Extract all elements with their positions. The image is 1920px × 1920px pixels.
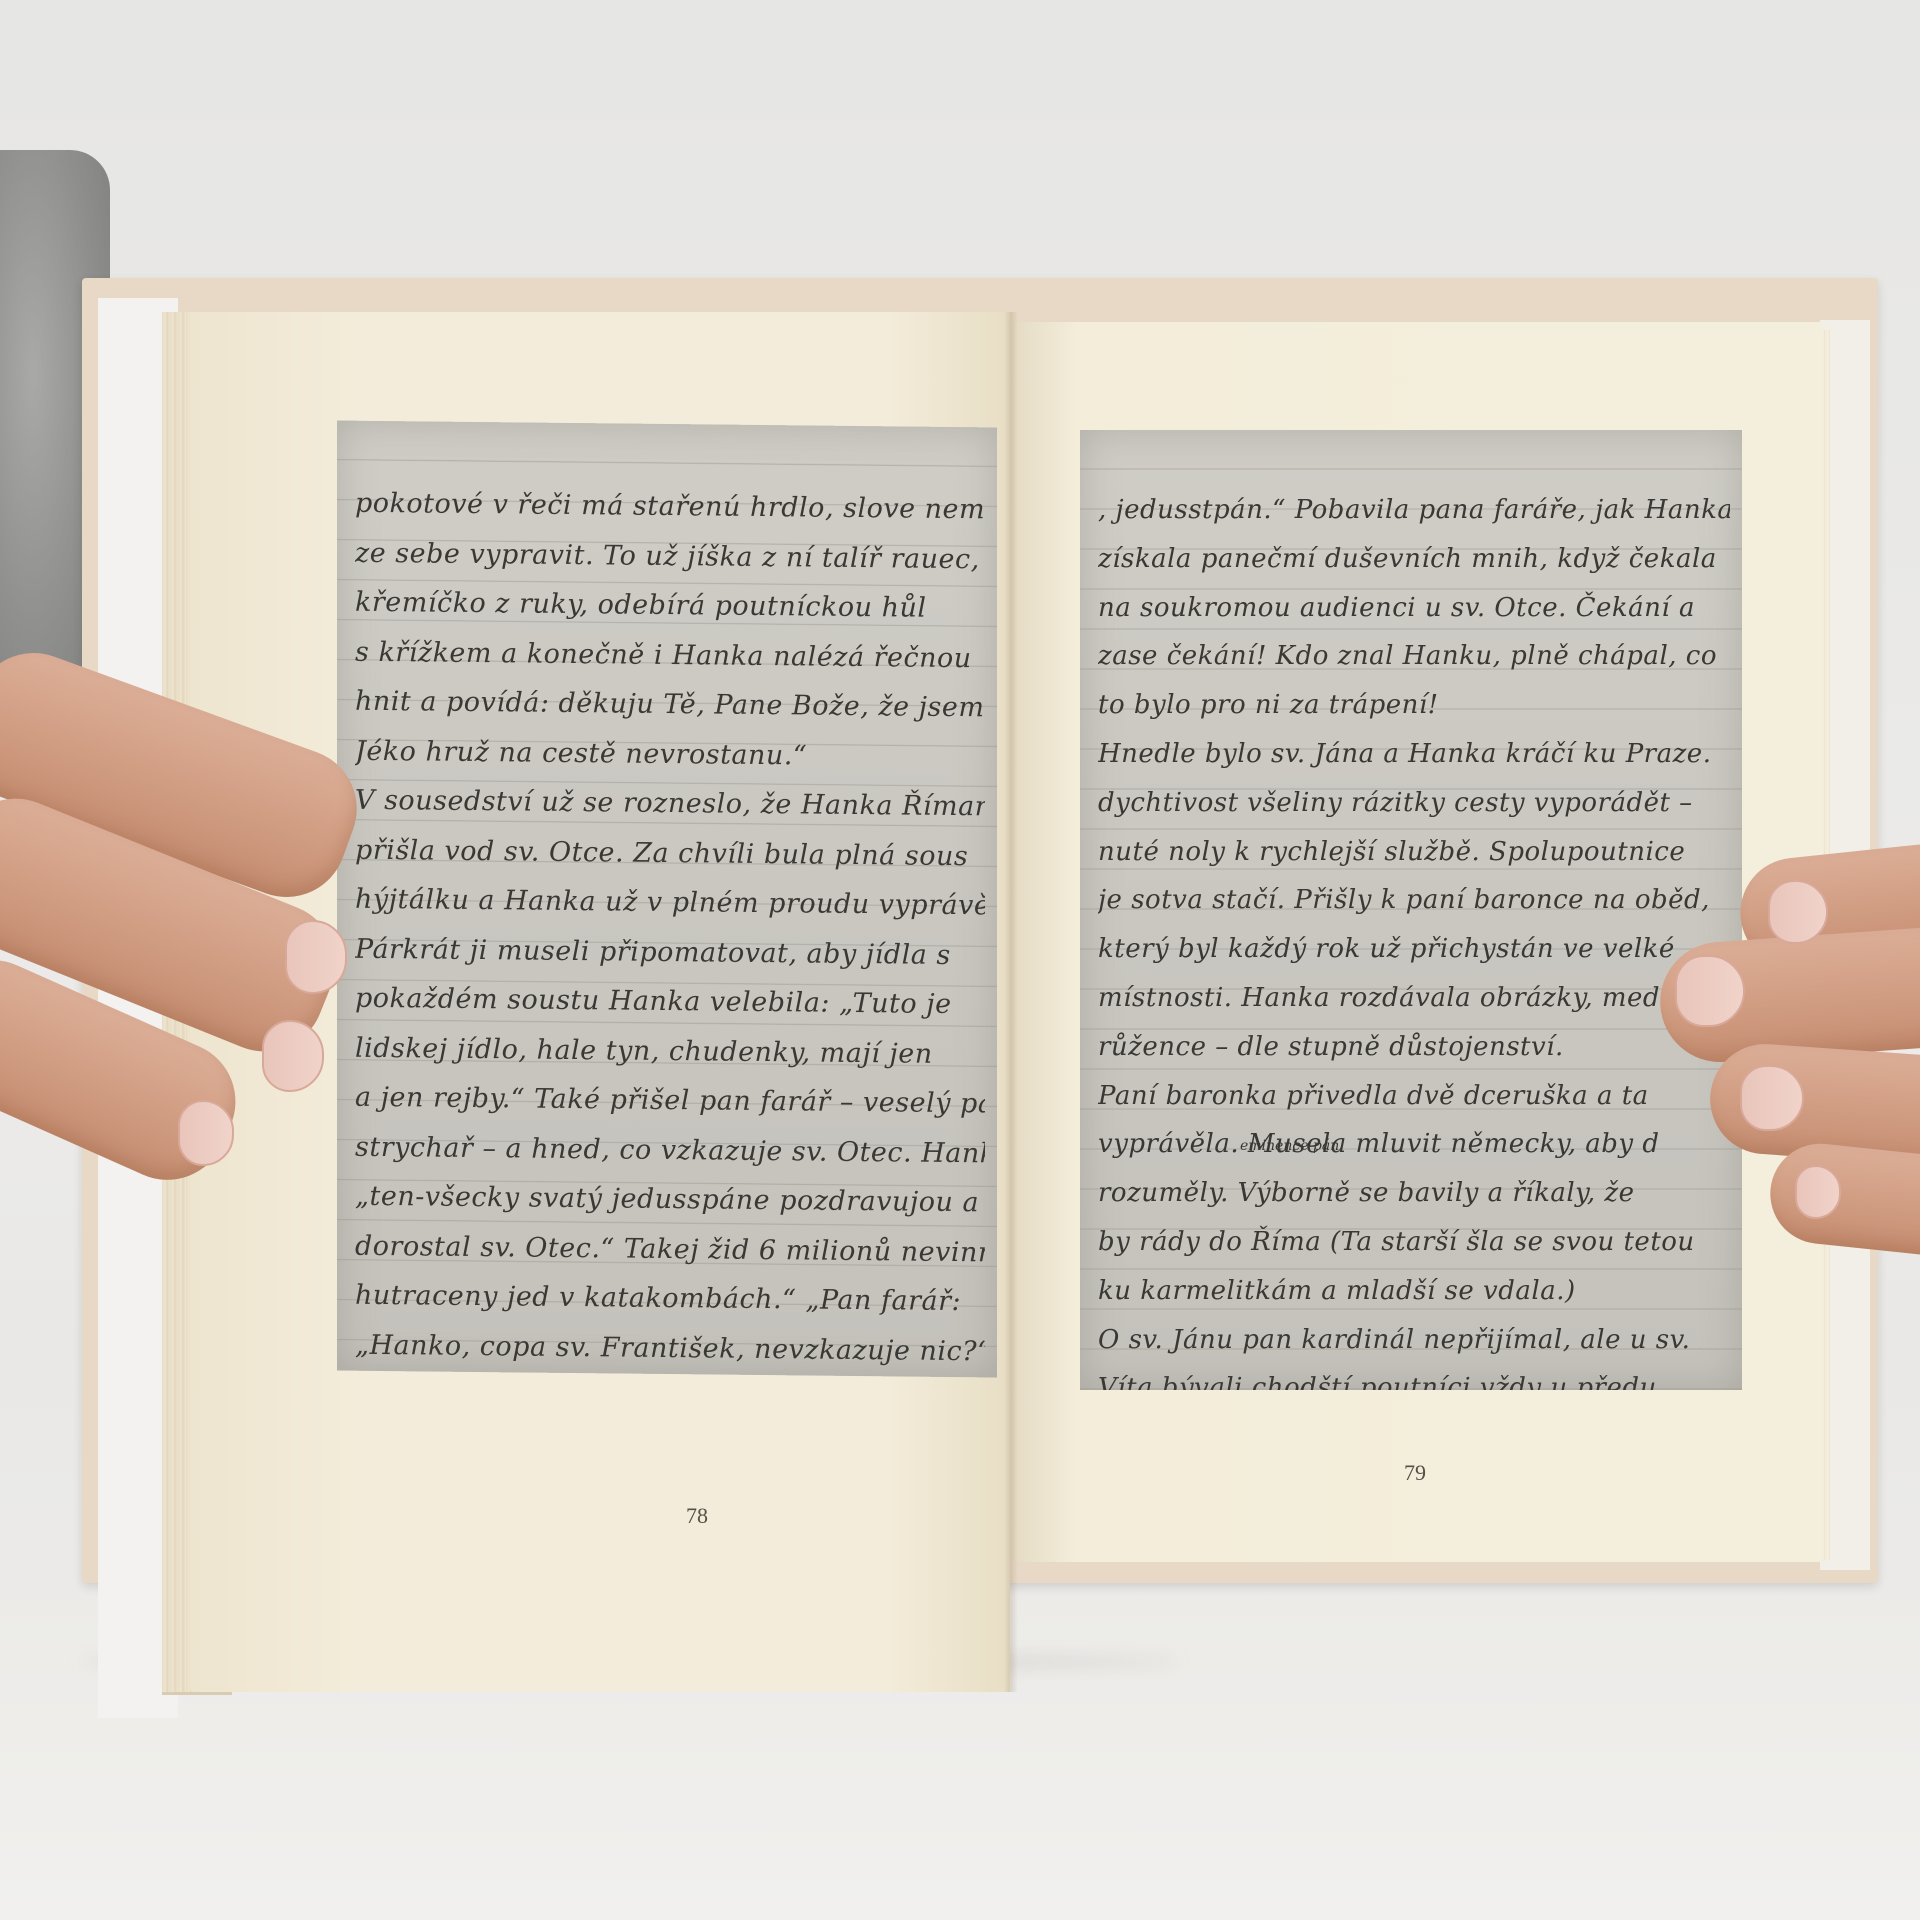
handwriting-line: a jen rejby.“ Také přišel pan farář – ve… xyxy=(355,1073,985,1129)
fingernail xyxy=(178,1100,234,1166)
handwriting-line: s křížkem a konečně i Hanka nalézá řečno… xyxy=(355,627,985,683)
handwriting-line: zase čekání! Kdo znal Hanku, plně chápal… xyxy=(1098,632,1730,681)
handwriting-line: vyprávěla. Musela mluvit německy, aby d xyxy=(1098,1120,1730,1169)
handwriting-block-left: pokotové v řeči má stařenú hrdlo, slove … xyxy=(355,479,985,1378)
handwriting-line: by rády do Říma (Ta starší šla se svou t… xyxy=(1098,1218,1730,1267)
handwriting-line: získala panečmí duševních mnih, když ček… xyxy=(1098,535,1730,584)
handwriting-line: hýjtálku a Hanka už v plném proudu vyprá… xyxy=(355,875,985,931)
handwriting-line: Hnedle bylo sv. Jána a Hanka kráčí ku Pr… xyxy=(1098,730,1730,779)
handwriting-line: který byl každý rok už přichystán ve vel… xyxy=(1098,925,1730,974)
handwriting-line: Paní baronka přivedla dvě dceruška a ta xyxy=(1098,1072,1730,1121)
handwriting-line: strychař – a hned, co vzkazuje sv. Otec.… xyxy=(355,1122,985,1178)
fingernail xyxy=(1795,1165,1841,1219)
book-gutter xyxy=(1004,312,1018,1692)
handwriting-line: dorostal sv. Otec.“ Takej žid 6 milionů … xyxy=(355,1221,985,1277)
handwriting-line: pokaždém soustu Hanka velebila: „Tuto je xyxy=(355,974,985,1030)
fingernail xyxy=(285,920,347,994)
handwriting-line: to bylo pro ni za trápení! xyxy=(1098,681,1730,730)
handwriting-line: je sotva stačí. Přišly k paní baronce na… xyxy=(1098,876,1730,925)
interlinear-note: eminence pán xyxy=(1240,1138,1339,1154)
manuscript-facsimile-right: , jedusstpán.“ Pobavila pana faráře, jak… xyxy=(1080,430,1742,1390)
handwriting-line: dychtivost všeliny rázitky cesty vyporád… xyxy=(1098,779,1730,828)
handwriting-line: Víta bývali chodští poutníci vždy u před… xyxy=(1098,1364,1730,1390)
handwriting-line: , jedusstpán.“ Pobavila pana faráře, jak… xyxy=(1098,486,1730,535)
handwriting-line: nuté noly k rychlejší službě. Spolupoutn… xyxy=(1098,828,1730,877)
handwriting-block-right: , jedusstpán.“ Pobavila pana faráře, jak… xyxy=(1098,486,1730,1390)
handwriting-line: rozuměly. Výborně se bavily a říkaly, že xyxy=(1098,1169,1730,1218)
fingernail xyxy=(1675,955,1745,1027)
handwriting-line: ze sebe vypravit. To už jíška z ní talíř… xyxy=(355,528,985,584)
handwriting-line: ku karmelitkám a mladší se vdala.) xyxy=(1098,1267,1730,1316)
handwriting-line: přišla vod sv. Otce. Za chvíli bula plná… xyxy=(355,825,985,881)
handwriting-line: křemíčko z ruky, odebírá poutníckou hůl xyxy=(355,578,985,634)
handwriting-line: V sousedství už se rozneslo, že Hanka Ří… xyxy=(355,776,985,832)
handwriting-line: „Hanko, copa sv. František, nevzkazuje n… xyxy=(355,1320,985,1376)
fingernail xyxy=(1740,1065,1804,1131)
handwriting-line: Jéko hruž na cestě nevrostanu.“ xyxy=(355,726,985,782)
handwriting-line: hutraceny jed v katakombách.“ „Pan farář… xyxy=(355,1271,985,1327)
handwriting-line: O sv. Jánu pan kardinál nepřijímal, ale … xyxy=(1098,1316,1730,1365)
handwriting-line: místnosti. Hanka rozdávala obrázky, meda… xyxy=(1098,974,1730,1023)
manuscript-facsimile-left: pokotové v řeči má stařenú hrdlo, slove … xyxy=(337,421,997,1378)
page-number-right: 79 xyxy=(1404,1460,1426,1486)
page-number-left: 78 xyxy=(686,1503,708,1529)
handwriting-line: Párkrát ji museli připomatovat, aby jídl… xyxy=(355,924,985,980)
handwriting-line: lidskej jídlo, hale tyn, chudenky, mají … xyxy=(355,1023,985,1079)
handwriting-line: hnit a povídá: děkuju Tě, Pane Bože, že … xyxy=(355,677,985,733)
handwriting-line: pokotové v řeči má stařenú hrdlo, slove … xyxy=(355,479,985,535)
handwriting-line: na soukromou audienci u sv. Otce. Čekání… xyxy=(1098,584,1730,633)
handwriting-line: růžence – dle stupně důstojenství. xyxy=(1098,1023,1730,1072)
handwriting-line: „ten-všecky svatý jedusspáne pozdravujou… xyxy=(355,1172,985,1228)
